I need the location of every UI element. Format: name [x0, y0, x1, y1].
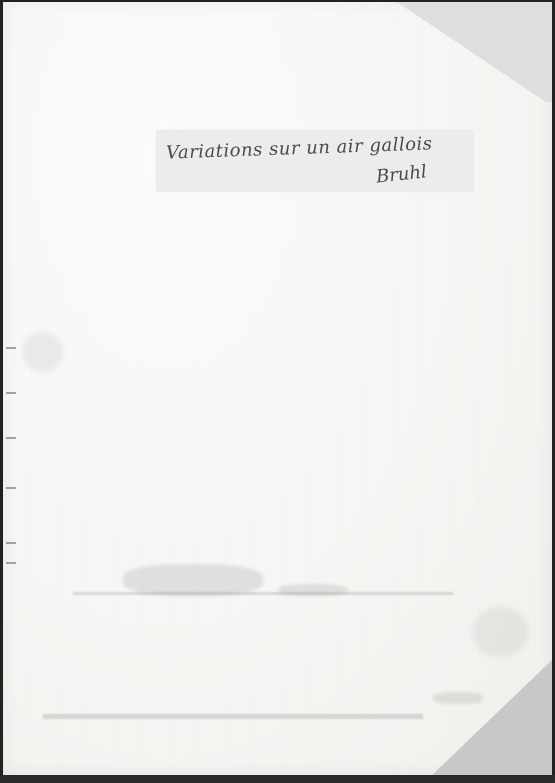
handwritten-author: Bruhl: [375, 161, 428, 187]
scan-edge-bottom: [0, 775, 555, 783]
scan-background: Variations sur un air gallois Bruhl: [0, 0, 555, 783]
ink-bleed-mark: [278, 584, 348, 596]
ink-bleed-mark: [433, 692, 483, 704]
binding-stitch: [6, 347, 16, 349]
water-stain: [23, 332, 63, 372]
corner-protector-bottom-right: [432, 660, 552, 775]
binding-stitch: [6, 542, 16, 544]
binding-stitch: [6, 487, 16, 489]
binding-stitch: [6, 437, 16, 439]
binding-stitch: [6, 562, 16, 564]
ink-bleed-line: [73, 592, 453, 595]
ink-bleed-line: [43, 714, 423, 719]
cover-sheet: Variations sur un air gallois Bruhl: [3, 2, 552, 775]
corner-protector-top-right: [397, 2, 552, 102]
handwritten-title: Variations sur un air gallois: [166, 133, 433, 163]
binding-stitch: [6, 392, 16, 394]
title-label: Variations sur un air gallois Bruhl: [156, 130, 474, 192]
water-stain: [473, 607, 528, 657]
